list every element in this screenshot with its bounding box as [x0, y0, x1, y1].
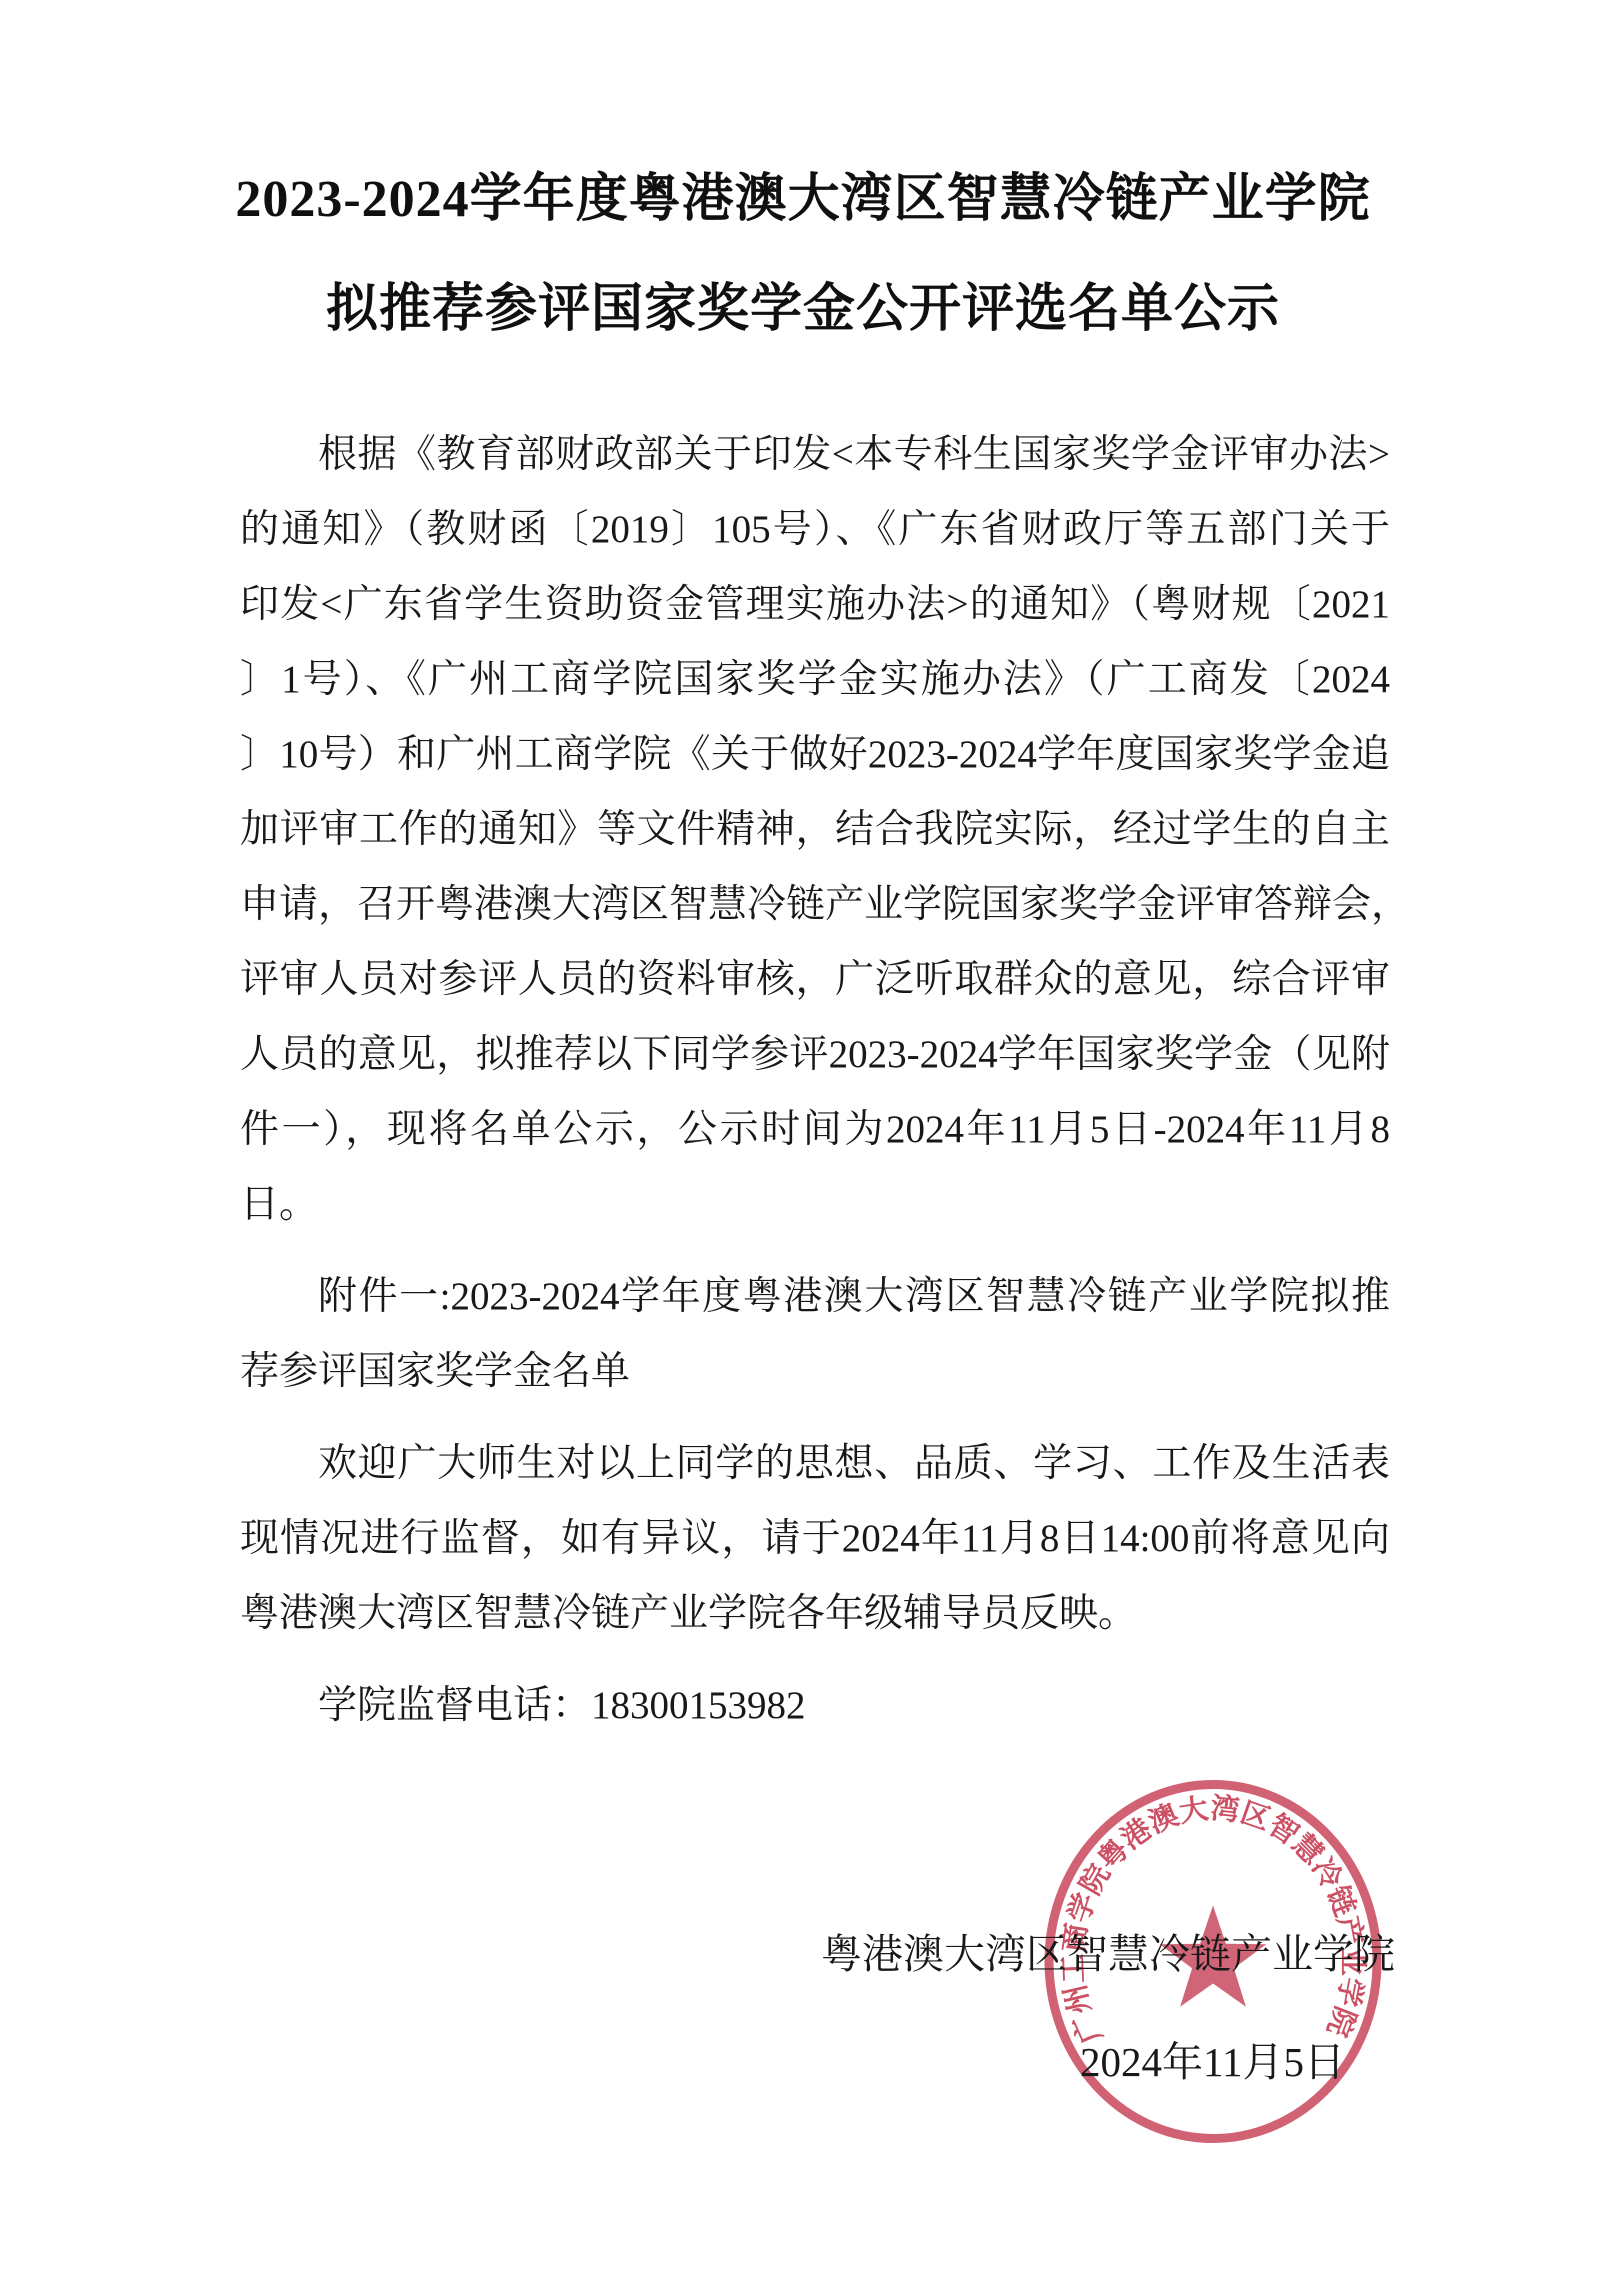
text-line: 人员的意见，拟推荐以下同学参评2023-2024学年国家奖学金（见附: [240, 1017, 1390, 1092]
text-line: 申请，召开粤港澳大湾区智慧冷链产业学院国家奖学金评审答辩会，: [240, 867, 1390, 942]
signature-date: 2024年11月5日: [1080, 2025, 1345, 2100]
text-line: 〕10号）和广州工商学院《关于做好2023-2024学年度国家奖学金追: [240, 717, 1390, 792]
paragraph-supervision: 欢迎广大师生对以上同学的思想、品质、学习、工作及生活表现情况进行监督，如有异议，…: [240, 1426, 1390, 1651]
document-body: 根据《教育部财政部关于印发<本专科生国家奖学金评审办法>的通知》（教财函〔201…: [240, 365, 1390, 1743]
signature-organization: 粤港澳大湾区智慧冷链产业学院: [821, 1917, 1395, 1992]
paragraph-phone-number: 学院监督电话：18300153982: [240, 1668, 1390, 1743]
text-line: 〕1号）、《广州工商学院国家奖学金实施办法》（广工商发〔2024: [240, 642, 1390, 717]
text-line: 学院监督电话：18300153982: [240, 1668, 1390, 1743]
text-line: 印发<广东省学生资助资金管理实施办法>的通知》（粤财规〔2021: [240, 567, 1390, 642]
title-line-1: 2023-2024学年度粤港澳大湾区智慧冷链产业学院: [0, 145, 1606, 255]
text-line: 的通知》（教财函〔2019〕105号）、《广东省财政厅等五部门关于: [240, 492, 1390, 567]
paragraph-legal-basis: 根据《教育部财政部关于印发<本专科生国家奖学金评审办法>的通知》（教财函〔201…: [240, 417, 1390, 1242]
document-page: 2023-2024学年度粤港澳大湾区智慧冷链产业学院 拟推荐参评国家奖学金公开评…: [0, 0, 1606, 2290]
text-line: 件一），现将名单公示，公示时间为2024年11月5日-2024年11月8: [240, 1092, 1390, 1167]
text-line: 荐参评国家奖学金名单: [240, 1334, 1390, 1409]
text-line: 加评审工作的通知》等文件精神，结合我院实际，经过学生的自主: [240, 792, 1390, 867]
text-line: 欢迎广大师生对以上同学的思想、品质、学习、工作及生活表: [240, 1426, 1390, 1501]
paragraph-attachment: 附件一:2023-2024学年度粤港澳大湾区智慧冷链产业学院拟推荐参评国家奖学金…: [240, 1259, 1390, 1409]
text-line: 粤港澳大湾区智慧冷链产业学院各年级辅导员反映。: [240, 1576, 1390, 1651]
text-line: 日。: [240, 1167, 1390, 1242]
document-title: 2023-2024学年度粤港澳大湾区智慧冷链产业学院 拟推荐参评国家奖学金公开评…: [0, 0, 1606, 365]
text-line: 评审人员对参评人员的资料审核，广泛听取群众的意见，综合评审: [240, 942, 1390, 1017]
text-line: 根据《教育部财政部关于印发<本专科生国家奖学金评审办法>: [240, 417, 1390, 492]
text-line: 现情况进行监督，如有异议，请于2024年11月8日14:00前将意见向: [240, 1501, 1390, 1576]
text-line: 附件一:2023-2024学年度粤港澳大湾区智慧冷链产业学院拟推: [240, 1259, 1390, 1334]
title-line-2: 拟推荐参评国家奖学金公开评选名单公示: [0, 255, 1606, 365]
